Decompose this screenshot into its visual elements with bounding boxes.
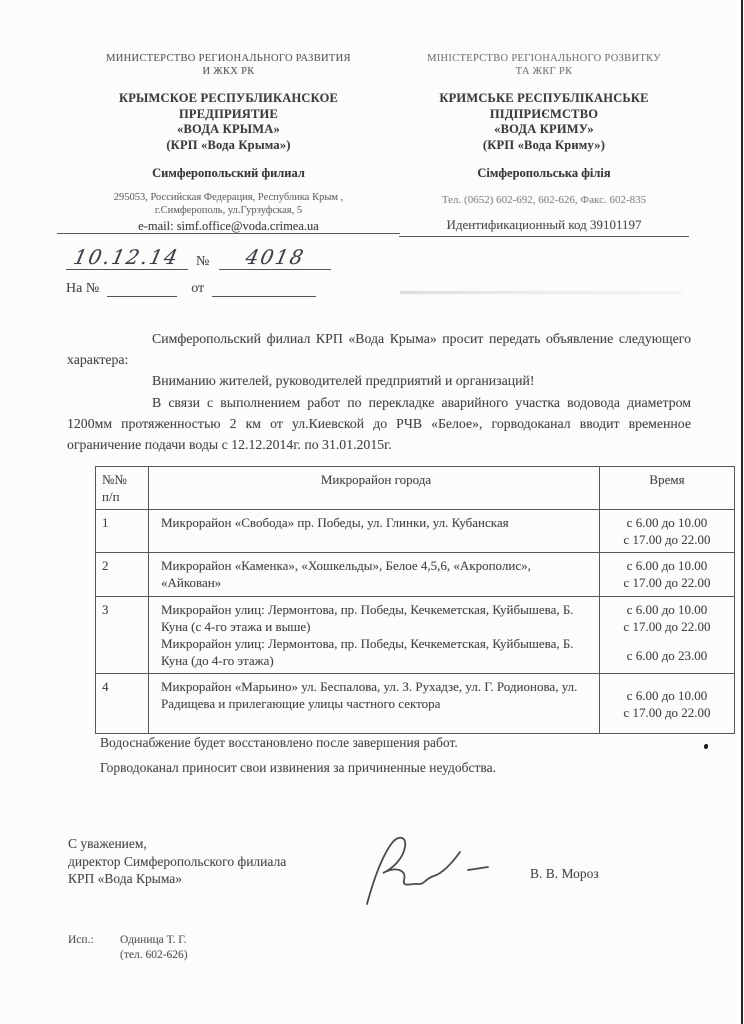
director-name: В. В. Мороз	[530, 866, 599, 882]
branch-name: Сімферопольська філія	[399, 166, 689, 181]
row-number: 1	[96, 510, 149, 553]
body-paragraph-1: Симферопольский филиал КРП «Вода Крыма» …	[67, 328, 691, 370]
letterhead-left: МИНИСТЕРСТВО РЕГИОНАЛЬНОГО РАЗВИТИЯ И ЖК…	[57, 52, 400, 234]
body-paragraph-2: Вниманию жителей, руководителей предприя…	[67, 370, 691, 391]
address-line: г.Симферополь, ул.Гурзуфская, 5	[57, 205, 400, 218]
phone-line: Тел. (0652) 602-692, 602-626, Факс. 602-…	[399, 194, 689, 206]
document-page: МИНИСТЕРСТВО РЕГИОНАЛЬНОГО РАЗВИТИЯ И ЖК…	[0, 0, 744, 1024]
body-paragraph-3: В связи с выполнением работ по перекладк…	[67, 392, 691, 455]
row-number: 4	[96, 674, 149, 734]
handwritten-number: 4018	[243, 245, 307, 269]
org-name-line: «ВОДА КРЫМА»	[57, 122, 400, 138]
ministry-line: МИНИСТЕРСТВО РЕГИОНАЛЬНОГО РАЗВИТИЯ	[57, 52, 400, 65]
letterhead-right: МІНІСТЕРСТВО РЕГІОНАЛЬНОГО РОЗВИТКУ ТА Ж…	[399, 52, 689, 237]
ink-dot-artifact	[704, 744, 708, 749]
identification-code: Идентификационный код 39101197	[399, 217, 689, 233]
table-header-row: №№ п/п Микрорайон города Время	[96, 467, 735, 510]
table-row: 4 Микрорайон «Марьино» ул. Беспалова, ул…	[96, 674, 735, 734]
from-label: от	[191, 281, 204, 296]
org-name-line: КРИМСЬКЕ РЕСПУБЛІКАНСЬКЕ	[399, 91, 689, 107]
schedule-table: №№ п/п Микрорайон города Время 1 Микрора…	[95, 466, 735, 734]
time-cell: с 6.00 до 10.00 с 17.00 до 22.00	[600, 553, 735, 597]
date-underline: 10.12.14	[66, 245, 188, 270]
ministry-line: МІНІСТЕРСТВО РЕГІОНАЛЬНОГО РОЗВИТКУ	[399, 52, 689, 65]
org-name-line: «ВОДА КРИМУ»	[399, 122, 689, 138]
handwritten-signature	[352, 826, 502, 911]
closing-line-1: Водоснабжение будет восстановлено после …	[100, 735, 458, 751]
table-row: 3 Микрорайон улиц: Лермонтова, пр. Побед…	[96, 597, 735, 674]
signature-block: С уважением, директор Симферопольского ф…	[68, 835, 286, 888]
district-cell: Микрорайон «Каменка», «Хошкельды», Белое…	[149, 553, 600, 597]
district-cell: Микрорайон улиц: Лермонтова, пр. Победы,…	[149, 597, 600, 674]
regards-line: С уважением,	[68, 835, 286, 853]
org-name-line: (КРП «Вода Крыма»)	[57, 138, 400, 154]
number-sign: №	[196, 254, 209, 269]
org-name-line: ПРЕДПРИЯТИЕ	[57, 107, 400, 123]
table-row: 1 Микрорайон «Свобода» пр. Победы, ул. Г…	[96, 510, 735, 553]
ref-date-line: 10.12.14№4018	[66, 245, 331, 270]
org-name-line: (КРП «Вода Криму»)	[399, 138, 689, 154]
ministry-line: ТА ЖКГ РК	[399, 65, 689, 78]
scan-smudge	[400, 291, 682, 294]
row-number: 2	[96, 553, 149, 597]
row-number: 3	[96, 597, 149, 674]
org-name-line: ПІДПРИЄМСТВО	[399, 107, 689, 123]
executor-name: Одиница Т. Г.	[120, 933, 260, 948]
closing-line-2: Горводоканал приносит свои извинения за …	[100, 760, 496, 776]
on-no-label: На №	[66, 281, 99, 296]
district-cell: Микрорайон «Свобода» пр. Победы, ул. Гли…	[149, 510, 600, 553]
handwritten-date: 10.12.14	[72, 245, 182, 269]
org-line: КРП «Вода Крыма»	[68, 870, 286, 888]
reply-number-blank	[107, 282, 177, 297]
time-cell: с 6.00 до 10.00 с 17.00 до 22.00 с 6.00 …	[600, 597, 735, 674]
branch-name: Симферопольский филиал	[57, 166, 400, 181]
reply-date-blank	[212, 282, 316, 297]
col-header-district: Микрорайон города	[149, 467, 600, 510]
time-cell: с 6.00 до 10.00 с 17.00 до 22.00	[600, 674, 735, 734]
scan-edge-line	[741, 0, 743, 1024]
time-cell: с 6.00 до 10.00 с 17.00 до 22.00	[600, 510, 735, 553]
address-line: 295053, Российская Федерация, Республика…	[57, 192, 400, 205]
ministry-line: И ЖКХ РК	[57, 65, 400, 78]
position-line: директор Симферопольского филиала	[68, 853, 286, 871]
ref-reply-line: На №от	[66, 281, 316, 297]
district-cell: Микрорайон «Марьино» ул. Беспалова, ул. …	[149, 674, 600, 734]
table-row: 2 Микрорайон «Каменка», «Хошкельды», Бел…	[96, 553, 735, 597]
col-header-number: №№ п/п	[96, 467, 149, 510]
executor-block: Исп.: Одиница Т. Г. (тел. 602-626)	[68, 933, 94, 948]
email-line: e-mail: simf.office@voda.crimea.ua	[57, 219, 400, 234]
org-name-line: КРЫМСКОЕ РЕСПУБЛИКАНСКОЕ	[57, 91, 400, 107]
col-header-time: Время	[600, 467, 735, 510]
executor-label: Исп.:	[68, 934, 94, 946]
executor-phone: (тел. 602-626)	[120, 948, 260, 963]
number-underline: 4018	[219, 245, 331, 270]
